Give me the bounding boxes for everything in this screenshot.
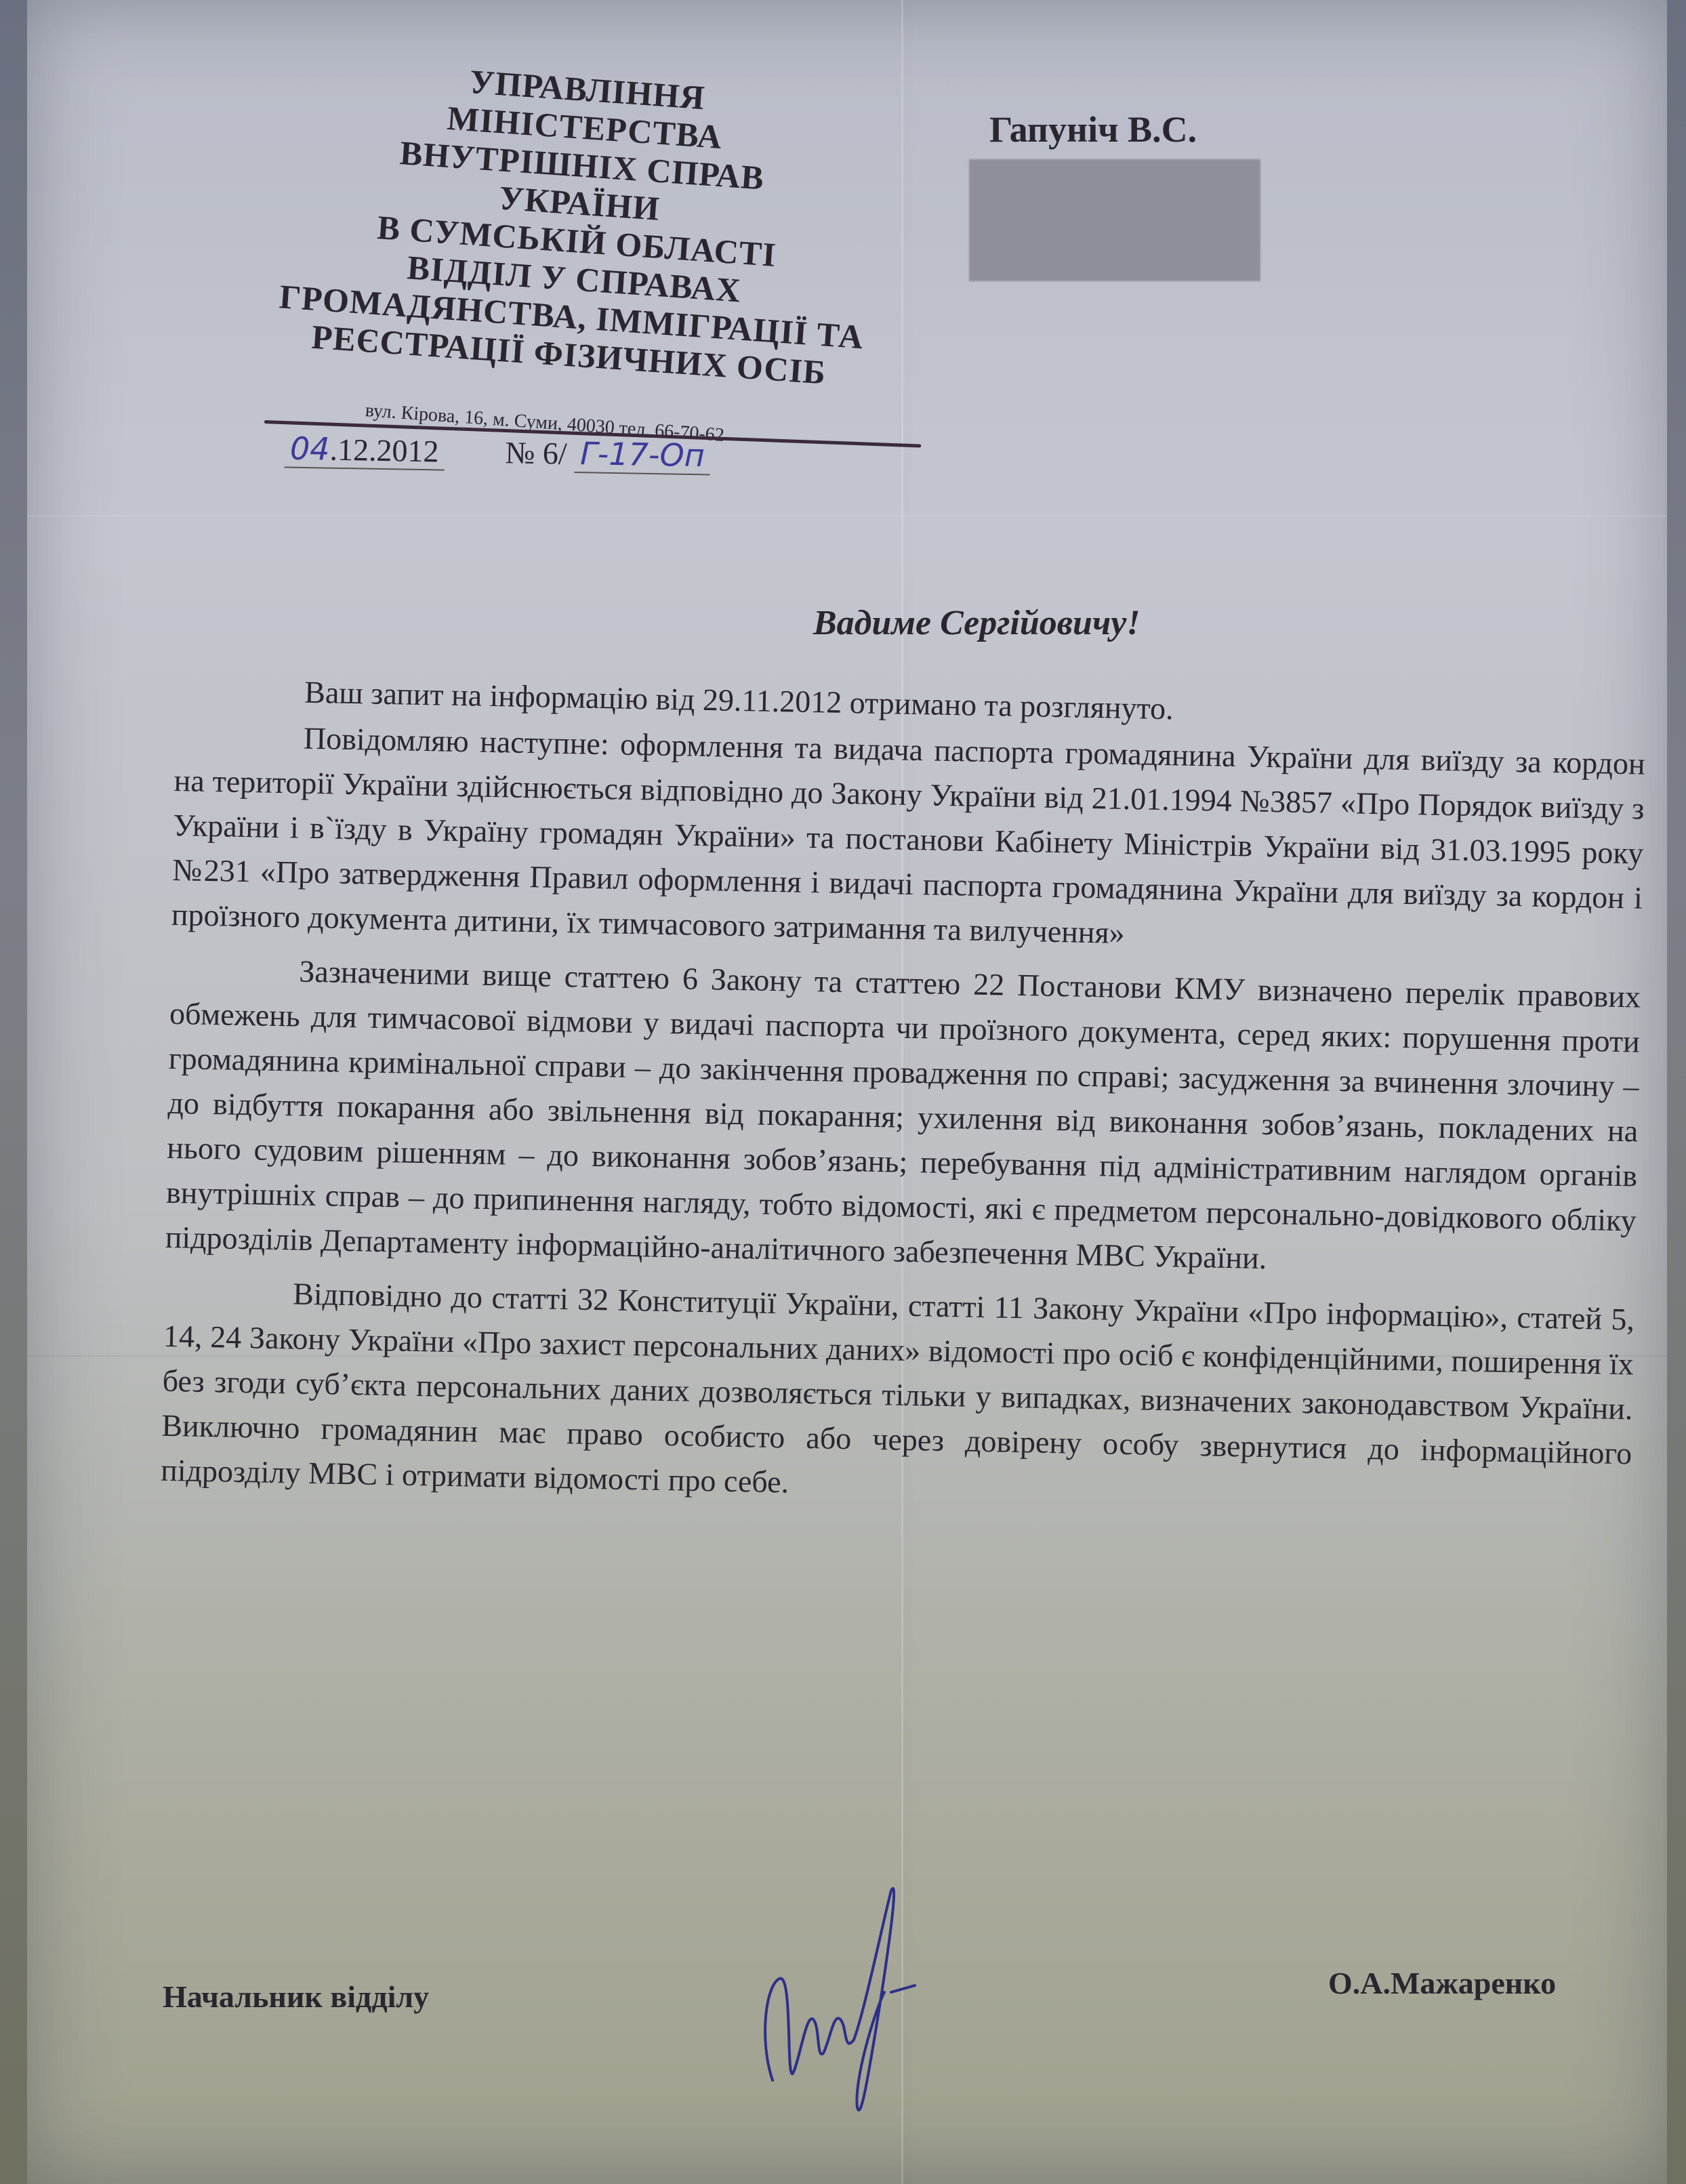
signatory-name: О.А.Мажаренко: [1328, 1965, 1556, 2001]
number-handwritten: Г-17-Оп: [575, 435, 711, 475]
recipient-name: Гапуніч В.С.: [989, 108, 1197, 150]
outgoing-date: 04.12.2012: [285, 430, 445, 471]
handwritten-signature-icon: [745, 1877, 935, 2135]
body-paragraph: Повідомляю наступне: оформлення та видач…: [171, 714, 1645, 966]
signatory-title: Начальник відділу: [163, 1979, 429, 2015]
redacted-address-block: [969, 159, 1260, 281]
paper-fold-horizontal: [27, 515, 1667, 516]
letterhead: УПРАВЛІННЯ МІНІСТЕРСТВА ВНУТРІШНІХ СПРАВ…: [237, 47, 920, 396]
date-handwritten: 04: [290, 430, 330, 468]
reference-row: 04.12.2012 № 6/ Г-17-Оп: [285, 430, 711, 476]
number-prefix: № 6/: [505, 435, 567, 471]
letter-body: Ваш запит на інформацію від 29.11.2012 о…: [161, 667, 1647, 1522]
body-paragraph: Зазначеними вище статтею 6 Закону та ста…: [165, 947, 1641, 1288]
salutation: Вадиме Сергійовичу!: [813, 603, 1140, 643]
date-printed: .12.2012: [329, 432, 439, 469]
outgoing-number: № 6/ Г-17-Оп: [505, 434, 710, 474]
body-paragraph: Відповідно до статті 32 Конституції Укра…: [161, 1269, 1635, 1521]
